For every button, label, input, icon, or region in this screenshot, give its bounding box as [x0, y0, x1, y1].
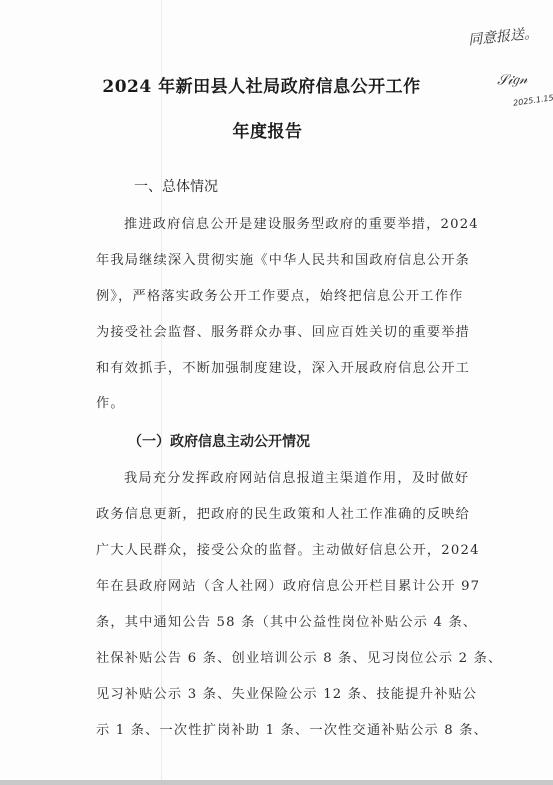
handwritten-approval-note: 同意报送。	[467, 22, 539, 49]
document-title-line2: 年度报告	[0, 117, 544, 142]
paragraph-line: 条，其中通知公告 58 条（其中公益性岗位补贴公示 4 条、	[96, 611, 476, 630]
paragraph-line: 政务信息更新，把政府的民生政策和人社工作准确的反映给	[96, 503, 476, 522]
page-bottom-edge	[0, 780, 553, 785]
paragraph-line: 作。	[96, 392, 476, 411]
paragraph-line: 我局充分发挥政府网站信息报道主渠道作用，及时做好	[124, 467, 476, 486]
paragraph-line: 例》，严格落实政务公开工作要点，始终把信息公开工作作	[96, 285, 476, 304]
document-page: 2024 年新田县人社局政府信息公开工作 年度报告 同意报送。 𝒮𝒾𝑔𝓃 202…	[0, 0, 553, 780]
paragraph-line: 见习补贴公示 3 条、失业保险公示 12 条、技能提升补贴公	[96, 683, 476, 702]
paragraph-line: 为接受社会监督、服务群众办事、回应百姓关切的重要举措	[96, 321, 476, 340]
subsection-heading-proactive-disclosure: （一）政府信息主动公开情况	[128, 431, 310, 451]
paragraph-line: 和有效抓手，不断加强制度建设，深入开展政府信息公开工	[96, 357, 476, 376]
paragraph-line: 广大人民群众，接受公众的监督。主动做好信息公开，2024	[96, 539, 476, 558]
document-title-line1: 2024 年新田县人社局政府信息公开工作	[0, 72, 538, 97]
paragraph-line: 年在县政府网站（含人社网）政府信息公开栏目累计公开 97	[96, 575, 476, 594]
handwritten-signature: 𝒮𝒾𝑔𝓃	[497, 71, 528, 89]
paragraph-line: 推进政府信息公开是建设服务型政府的重要举措，2024	[124, 213, 476, 232]
paragraph-line: 示 1 条、一次性扩岗补助 1 条、一次性交通补贴公示 8 条、	[96, 719, 476, 738]
paragraph-line: 年我局继续深入贯彻实施《中华人民共和国政府信息公开条	[96, 249, 476, 268]
paragraph-line: 社保补贴公告 6 条、创业培训公示 8 条、见习岗位公示 2 条、	[96, 647, 476, 666]
section-heading-overview: 一、总体情况	[134, 176, 218, 196]
